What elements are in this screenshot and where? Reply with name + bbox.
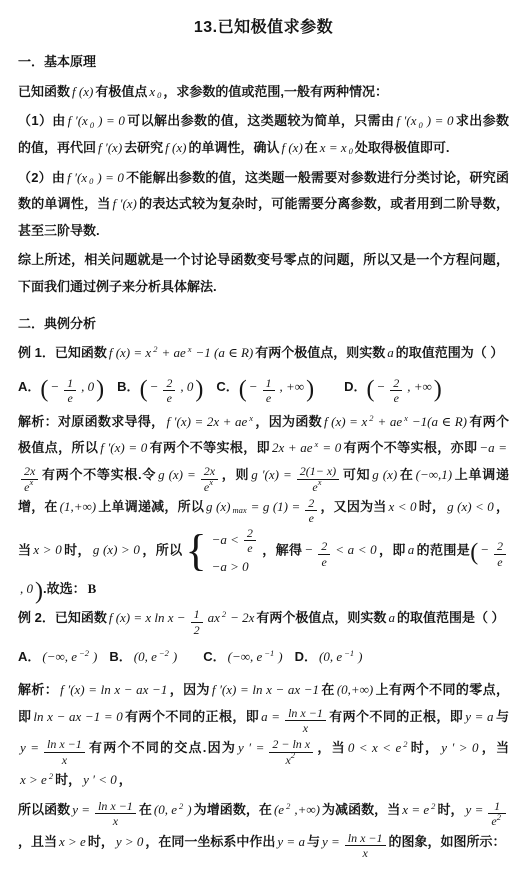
para-example1-stem: 例 1．已知函数f (x) = x2+ aex−1 (a ∈ R)有两个极值点，…	[18, 340, 509, 367]
fraction-denominator: ex	[297, 480, 339, 494]
text-run: B．	[117, 379, 139, 394]
math-run: 0	[90, 120, 94, 130]
math-run: x = e	[402, 802, 429, 817]
text-run: ，则	[221, 467, 249, 482]
math-run: 2	[291, 750, 295, 760]
text-run: C．	[203, 649, 225, 664]
superscript: 2	[497, 812, 501, 822]
text-run: ，即	[379, 542, 406, 557]
math-run: 0	[89, 176, 93, 186]
text-run: 在	[399, 467, 413, 482]
math-run: (e	[274, 802, 284, 817]
math-run: ) = 0	[97, 170, 124, 185]
math-run: f ′(x) = 2x + ae	[166, 414, 247, 429]
math-run: 2	[431, 801, 435, 811]
text-run: 的范围是	[416, 542, 470, 557]
math-run: 1	[67, 376, 73, 390]
math-run: f ′(x)	[113, 196, 137, 211]
para-example2-stem: 例 2．已知函数f (x) = x ln x −12ax2− 2x有两个极值点，…	[18, 605, 509, 637]
fraction-numerator: 2	[163, 376, 175, 391]
math-run: 0	[419, 120, 423, 130]
text-run: 有两个极值点，则实数	[255, 345, 385, 360]
superscript: 2	[222, 609, 226, 619]
math-run: x	[29, 477, 33, 487]
math-run: 1	[494, 799, 500, 813]
cases-column: −a <2e−a > 0	[210, 526, 259, 576]
superscript: 2	[153, 344, 157, 354]
math-run: + ae	[378, 414, 403, 429]
math-run: y > 0	[116, 834, 144, 849]
math-run: e	[497, 555, 502, 569]
math-run: a	[408, 542, 415, 557]
math-run: (−∞,1)	[416, 467, 452, 482]
math-run: = g (1) =	[251, 499, 301, 514]
math-run: y =	[20, 740, 39, 755]
math-run: ) = 0	[427, 113, 454, 128]
superscript: x	[318, 477, 322, 487]
fraction: 2e	[305, 496, 317, 526]
math-run: x	[303, 721, 308, 735]
math-run: ,+∞)	[294, 802, 320, 817]
math-run: 2	[403, 739, 407, 749]
math-run: g (x) =	[158, 467, 196, 482]
math-run: ln x − ax −1 = 0	[33, 709, 122, 724]
math-run: y ′ < 0	[83, 772, 117, 787]
text-run: 解析：	[18, 682, 58, 697]
math-run: (0, e	[154, 802, 177, 817]
option-spacer	[314, 390, 344, 391]
math-run: max	[232, 505, 246, 515]
math-run: )	[278, 649, 282, 664]
math-run: 2	[308, 496, 314, 510]
text-run: ，在同一坐标系中作出	[145, 834, 275, 849]
subscript: 0	[89, 176, 93, 186]
math-run: −	[376, 379, 385, 394]
math-run: x	[149, 84, 155, 99]
math-run: , +∞	[407, 379, 432, 394]
para-example2-solution-2: 所以函数y =ln x −1x在(0, e2)为增函数，在(e2,+∞)为减函数…	[18, 797, 509, 861]
math-run: y =	[466, 802, 484, 817]
text-run: 所以函数	[18, 802, 70, 817]
math-run: 2	[369, 413, 373, 423]
text-run: 可知	[342, 467, 370, 482]
big-paren: )	[434, 376, 442, 402]
math-run: x > e	[20, 772, 47, 787]
text-run: ，	[119, 772, 132, 787]
subscript: 0	[90, 120, 94, 130]
text-run: 有两个不同的正根，即	[329, 709, 463, 724]
math-run: y ′ =	[238, 740, 264, 755]
math-run: (0, e	[319, 649, 342, 664]
math-run: x	[318, 477, 322, 487]
text-run: 例 1．已知函数	[18, 345, 107, 360]
subscript: max	[232, 505, 246, 515]
fraction: 1e	[64, 376, 76, 406]
math-run: −	[50, 379, 59, 394]
math-run: −a <	[212, 532, 239, 548]
math-run: f ′(x	[396, 113, 416, 128]
fraction-denominator: ex	[21, 480, 38, 494]
fraction: 2e	[390, 376, 402, 406]
text-run: ，且当	[18, 834, 57, 849]
text-run: 有两个不同的正根，即	[125, 709, 259, 724]
para-example1-options: A．(−1e, 0)B．(−2e, 0)C．(−1e, +∞)D．(−2e, +…	[18, 370, 509, 406]
cases-group: {−a <2e−a > 0	[185, 526, 258, 576]
superscript: 2	[286, 801, 290, 811]
text-run: B．	[109, 649, 131, 664]
fraction-denominator: e2	[488, 814, 506, 828]
fraction: 2(1− x)ex	[297, 464, 339, 494]
math-run: e	[266, 391, 271, 405]
math-run: x	[249, 413, 253, 423]
text-run: .故选：	[43, 581, 86, 596]
fraction-numerator: 2	[244, 526, 256, 541]
option-spacer	[203, 390, 216, 391]
math-run: y = a	[277, 834, 305, 849]
para-example1-solution: 解析：对原函数求导得，f ′(x) = 2x + aex，因为函数f (x) =…	[18, 409, 509, 603]
subscript: 0	[349, 146, 353, 156]
fraction-denominator: e	[263, 391, 275, 405]
document-content: 一．基本原理已知函数f (x)有极值点x0，求参数的值或范围,一般有两种情况：（…	[18, 49, 509, 860]
fraction: 2 − ln xx2	[269, 737, 313, 767]
math-run: −	[480, 542, 489, 557]
math-run: −a > 0	[212, 559, 249, 575]
math-run: (1,+∞)	[60, 499, 96, 514]
superscript: −2	[79, 648, 89, 658]
math-run: x > e	[59, 834, 86, 849]
math-run: −	[249, 379, 258, 394]
fraction-numerator: ln x −1	[95, 799, 136, 814]
text-run: ，当	[481, 740, 509, 755]
option-spacer	[285, 660, 295, 661]
math-run: )	[358, 649, 362, 664]
math-run: x	[362, 846, 367, 860]
math-run: x	[404, 413, 408, 423]
fraction-numerator: 2	[390, 376, 402, 391]
fraction: ln x −1x	[345, 831, 386, 861]
superscript: 2	[291, 750, 295, 760]
fraction: 2e	[494, 539, 506, 569]
math-run: (0,+∞)	[337, 682, 373, 697]
text-run: A．	[18, 379, 40, 394]
math-run: f ′(x) = ln x − ax −1	[60, 682, 167, 697]
text-run: 的取值范围是（ ）	[397, 610, 505, 625]
math-run: ax	[208, 610, 220, 625]
math-run: f ′(x)	[98, 140, 122, 155]
text-run: 的取值范围为（ ）	[396, 345, 504, 360]
text-run: 一．基本原理	[18, 54, 96, 69]
math-run: e	[322, 555, 327, 569]
fraction-denominator: x	[345, 846, 386, 860]
text-run: 已知函数	[18, 84, 70, 99]
fraction: 1e	[263, 376, 275, 406]
para-summary: 综上所述，相关问题就是一个讨论导函数变号零点的问题，所以又是一个方程问题，下面我…	[18, 247, 509, 300]
text-run: 在	[321, 682, 335, 697]
math-run: f (x)	[165, 140, 186, 155]
superscript: x	[209, 477, 213, 487]
math-run: < a < 0	[335, 542, 376, 557]
text-run: ，解得	[262, 542, 303, 557]
math-run: 2	[393, 376, 399, 390]
math-run: −1	[264, 648, 274, 658]
text-run: A．	[18, 649, 40, 664]
option-spacer	[99, 660, 109, 661]
left-brace-icon: {	[185, 532, 206, 569]
math-run: )	[173, 649, 177, 664]
math-run: 2	[247, 526, 253, 540]
math-run: f (x)	[281, 140, 302, 155]
superscript: x	[29, 477, 33, 487]
math-run: x	[113, 814, 118, 828]
fraction-denominator: e	[305, 511, 317, 525]
math-run: 0	[157, 90, 161, 100]
big-paren: (	[366, 376, 374, 402]
text-run: 解析：对原函数求导得，	[18, 414, 164, 429]
math-run: e	[394, 391, 399, 405]
math-run: ln x −1	[288, 706, 323, 720]
text-run: 可以解出参数的值，这类题较为简单，只需由	[127, 113, 394, 128]
fraction-numerator: 1	[191, 607, 203, 622]
text-run: 时，	[410, 740, 440, 755]
text-run: 例 2．已知函数	[18, 610, 107, 625]
text-run: D．	[295, 649, 317, 664]
math-run: y =	[72, 802, 90, 817]
subscript: 0	[157, 90, 161, 100]
math-run: f ′(x) = ln x − ax −1	[212, 682, 319, 697]
math-run: 2	[497, 812, 501, 822]
big-paren: )	[195, 376, 203, 402]
fraction-numerator: 2	[494, 539, 506, 554]
text-run: 有两个不等实根，亦即	[343, 440, 477, 455]
math-run: )	[187, 802, 191, 817]
text-run: 为增函数，在	[194, 802, 272, 817]
math-run: 0	[349, 146, 353, 156]
fraction-denominator: e	[494, 555, 506, 569]
math-run: −1(a ∈ R)	[412, 414, 467, 429]
text-run: 的单调性，确认	[188, 140, 279, 155]
text-run: 与	[496, 709, 509, 724]
math-run: (−∞, e	[228, 649, 263, 664]
math-run: 2	[166, 376, 172, 390]
math-run: x	[209, 477, 213, 487]
math-run: 2	[179, 801, 183, 811]
fraction: 2e	[163, 376, 175, 406]
math-run: −	[304, 542, 313, 557]
option-spacer	[104, 390, 117, 391]
fraction: 12	[191, 607, 203, 637]
fraction-numerator: 2	[318, 539, 330, 554]
math-run: y = a	[465, 709, 493, 724]
math-run: ln x −1	[98, 799, 133, 813]
fraction-denominator: ex	[201, 480, 218, 494]
fraction-denominator: x	[285, 721, 326, 735]
big-paren: )	[96, 376, 104, 402]
text-run: 二．典例分析	[18, 316, 96, 331]
math-run: 1	[266, 376, 272, 390]
text-run: ，所以	[142, 542, 183, 557]
math-run: 2x	[24, 464, 35, 478]
fraction-denominator: 2	[191, 623, 203, 637]
para-case-2: （2）由f ′(x0) = 0不能解出参数的值，这类题一般需要对参数进行分类讨论…	[18, 165, 509, 245]
math-run: e	[247, 541, 252, 555]
math-run: f ′(x) = 0	[100, 440, 147, 455]
math-run: a	[387, 345, 394, 360]
math-run: 0 < x < e	[348, 740, 401, 755]
superscript: 2	[179, 801, 183, 811]
math-run: g (x)	[372, 467, 397, 482]
math-run: (−∞, e	[42, 649, 77, 664]
math-run: 2	[153, 344, 157, 354]
superscript: x	[188, 344, 192, 354]
para-case-1: （1）由f ′(x0) = 0可以解出参数的值，这类题较为简单，只需由f ′(x…	[18, 108, 509, 161]
text-run: C．	[216, 379, 238, 394]
text-run: 综上所述，相关问题就是一个讨论导函数变号零点的问题，所以又是一个方程问题，下面我…	[18, 252, 509, 294]
text-run: 有两个不等实根，即	[149, 440, 270, 455]
bold-answer-text: B	[88, 581, 97, 596]
text-run: 有极值点	[95, 84, 147, 99]
text-run: 上单调递减，所以	[98, 499, 204, 514]
fraction-numerator: ln x −1	[345, 831, 386, 846]
fraction: 2e	[318, 539, 330, 569]
math-run: g (x) < 0	[447, 499, 494, 514]
fraction-numerator: ln x −1	[44, 737, 85, 752]
para-example2-solution: 解析：f ′(x) = ln x − ax −1，因为f ′(x) = ln x…	[18, 677, 509, 794]
fraction-numerator: 1	[263, 376, 275, 391]
subscript: 0	[419, 120, 423, 130]
math-run: x	[315, 439, 319, 449]
math-run: a	[388, 610, 395, 625]
math-run: −a =	[479, 440, 507, 455]
math-run: 1	[194, 607, 200, 621]
math-run: −2	[79, 648, 89, 658]
fraction: 2xex	[21, 464, 38, 494]
text-run: ，因为	[169, 682, 210, 697]
math-run: −1	[344, 648, 354, 658]
math-run: , 0	[20, 581, 33, 596]
para-example2-options: A．(−∞, e−2)B．(0, e−2)C．(−∞, e−1)D．(0, e−…	[18, 640, 509, 674]
fraction-denominator: e	[318, 555, 330, 569]
text-run: 时，	[88, 834, 114, 849]
text-run: 有两个不等实根.令	[41, 467, 156, 482]
fraction: ln x −1x	[44, 737, 85, 767]
math-run: −	[150, 379, 159, 394]
math-run: x	[188, 344, 192, 354]
superscript: 2	[49, 771, 53, 781]
fraction-numerator: ln x −1	[285, 706, 326, 721]
math-run: g (x)	[206, 499, 230, 514]
text-run: 时，	[64, 542, 91, 557]
fraction-denominator: e	[64, 391, 76, 405]
text-run: 时，	[55, 772, 81, 787]
math-run: + ae	[161, 345, 185, 360]
math-run: f ′(x	[68, 113, 88, 128]
text-run: 为减函数，当	[322, 802, 400, 817]
math-run: , +∞	[280, 379, 305, 394]
math-run: x > 0	[33, 542, 61, 557]
fraction: ln x −1x	[95, 799, 136, 829]
math-run: , 0	[180, 379, 193, 394]
text-run: （1）由	[18, 113, 66, 128]
math-run: ln x −1	[348, 831, 383, 845]
big-paren: (	[239, 376, 247, 402]
math-run: y ′ > 0	[441, 740, 478, 755]
math-run: −1 (a ∈ R)	[196, 345, 254, 360]
cases-row: −a > 0	[210, 559, 251, 575]
math-run: 2x	[204, 464, 215, 478]
math-run: f (x) = x	[324, 414, 367, 429]
math-run: 2	[321, 539, 327, 553]
math-run: a =	[261, 709, 280, 724]
worksheet-page: 13.已知极值求参数 一．基本原理已知函数f (x)有极值点x0，求参数的值或范…	[0, 0, 527, 888]
math-run: ) = 0	[98, 113, 125, 128]
superscript: −2	[159, 648, 169, 658]
math-run: = 0	[322, 440, 341, 455]
math-run: )	[93, 649, 97, 664]
text-run: ，求参数的值或范围,一般有两种情况：	[163, 84, 388, 99]
text-run: 时，	[437, 802, 463, 817]
math-run: 2(1− x)	[300, 464, 336, 478]
math-run: − 2x	[230, 610, 254, 625]
text-run: 处取得极值即可.	[355, 140, 450, 155]
superscript: −1	[344, 648, 354, 658]
big-paren: )	[35, 578, 43, 604]
superscript: 2	[431, 801, 435, 811]
fraction-denominator: x	[44, 753, 85, 767]
text-run: 与	[307, 834, 320, 849]
fraction-numerator: 2	[305, 496, 317, 511]
math-run: 2	[49, 771, 53, 781]
fraction: 2e	[244, 526, 256, 556]
math-run: f (x)	[72, 84, 93, 99]
text-run: 的图象，如图所示：	[389, 834, 506, 849]
cases-row: −a <2e	[210, 526, 259, 556]
fraction-numerator: 1	[64, 376, 76, 391]
fraction-denominator: x2	[269, 753, 313, 767]
fraction-denominator: e	[244, 541, 256, 555]
text-run: （2）由	[18, 170, 65, 185]
text-run: 在	[305, 140, 318, 155]
fraction-denominator: x	[95, 814, 136, 828]
text-run: ，因为函数	[255, 414, 322, 429]
fraction: ln x −1x	[285, 706, 326, 736]
text-run: 在	[139, 802, 152, 817]
superscript: x	[404, 413, 408, 423]
big-paren: (	[470, 539, 478, 565]
math-run: e	[167, 391, 172, 405]
text-run: D．	[344, 379, 366, 394]
text-run: 有两个不同的交点.因为	[88, 740, 236, 755]
text-run: 有两个极值点，则实数	[256, 610, 386, 625]
text-run: 时，	[419, 499, 446, 514]
superscript: x	[249, 413, 253, 423]
superscript: 2	[403, 739, 407, 749]
math-run: 2	[222, 609, 226, 619]
superscript: −1	[264, 648, 274, 658]
fraction-denominator: e	[390, 391, 402, 405]
math-run: g (x) > 0	[93, 542, 140, 557]
text-run: ，当	[316, 740, 346, 755]
math-run: 2	[286, 801, 290, 811]
math-run: e	[309, 511, 314, 525]
math-run: g ′(x) =	[251, 467, 291, 482]
math-run: f (x) = x	[109, 345, 151, 360]
option-spacer	[179, 660, 203, 661]
math-run: 2	[497, 539, 503, 553]
math-run: , 0	[81, 379, 94, 394]
para-intro: 已知函数f (x)有极值点x0，求参数的值或范围,一般有两种情况：	[18, 79, 509, 106]
math-run: x < 0	[389, 499, 417, 514]
fraction: 1e2	[488, 799, 506, 829]
